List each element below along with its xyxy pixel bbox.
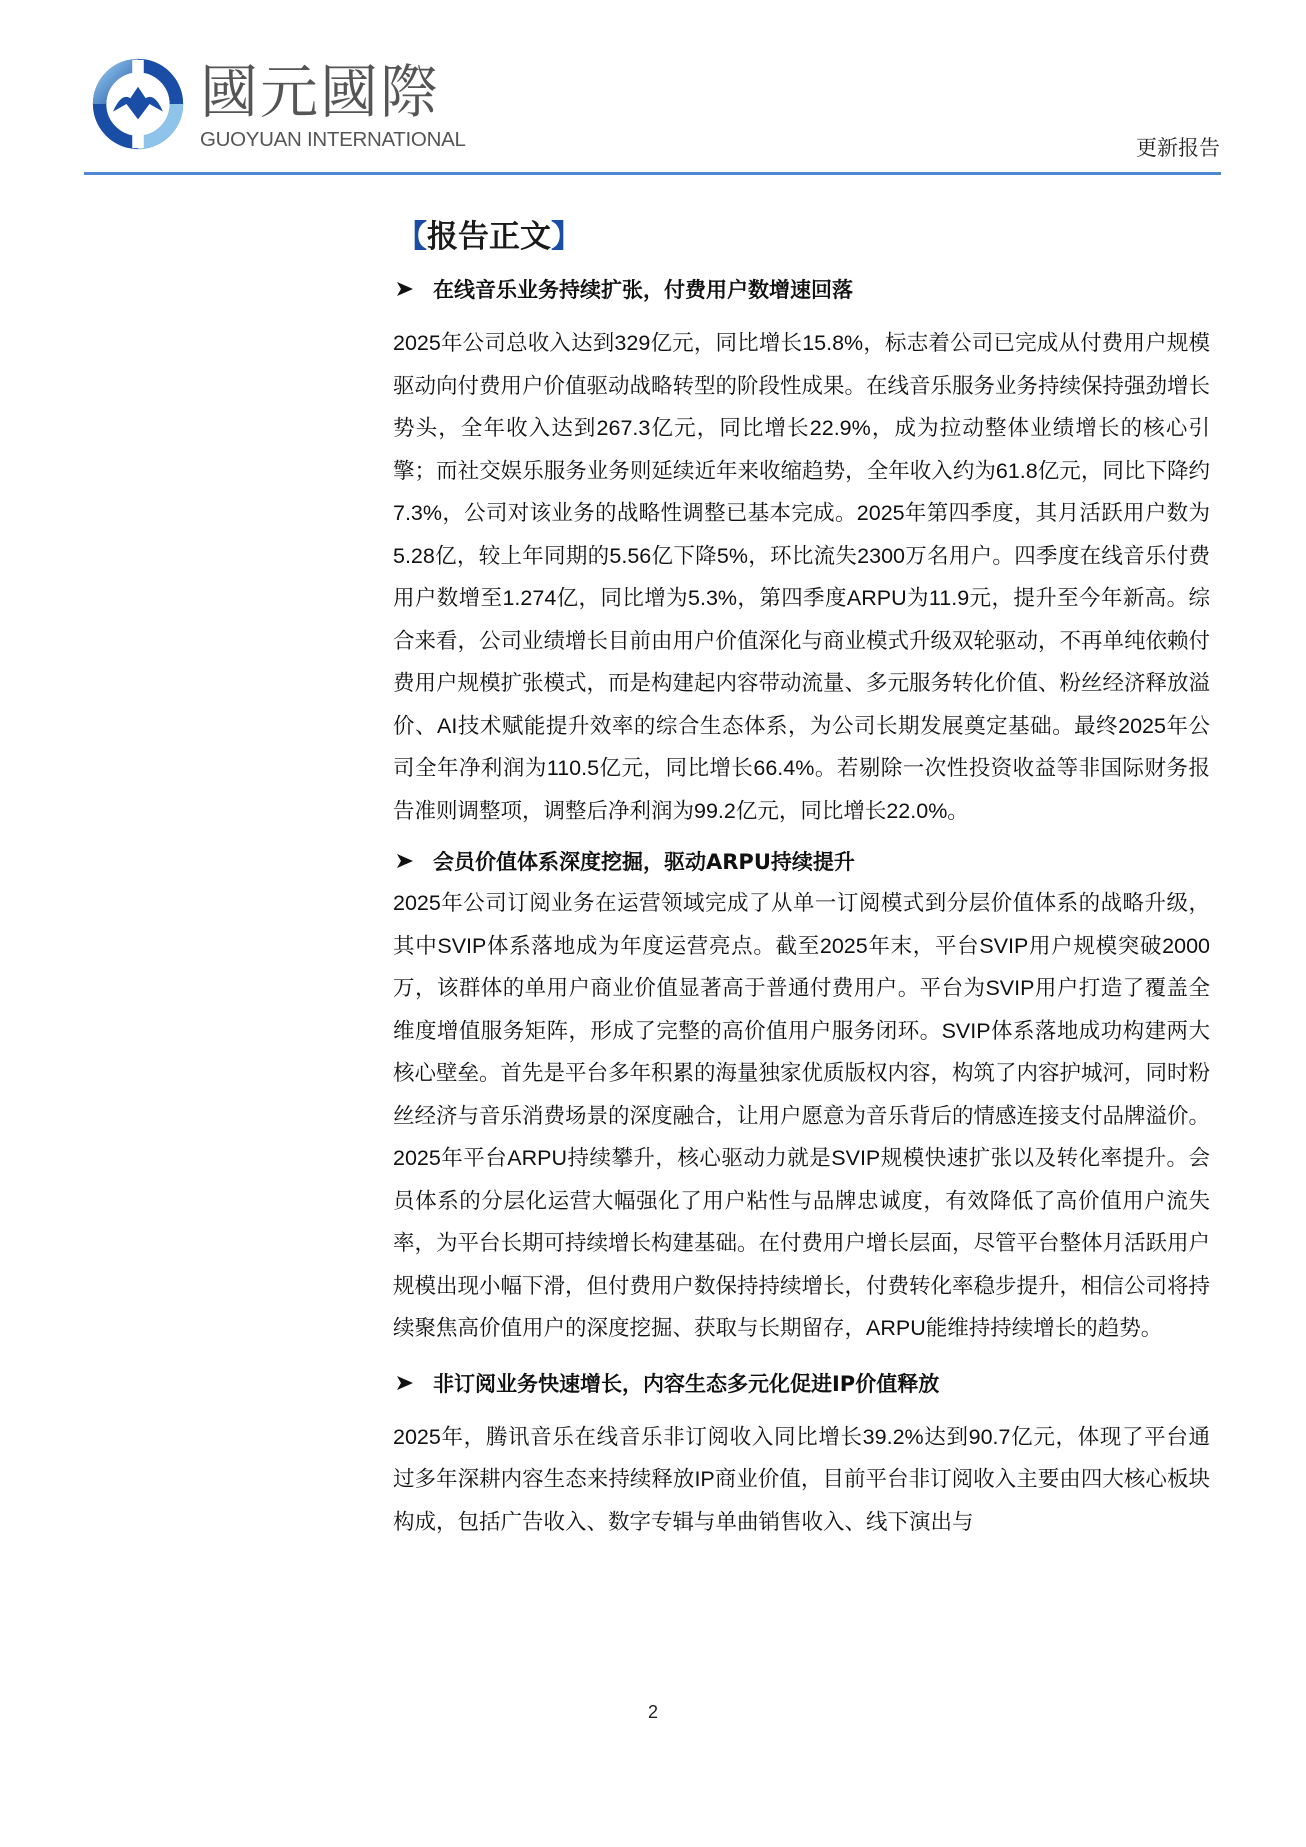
paragraph: 2025年，腾讯音乐在线音乐非订阅收入同比增长39.2%达到90.7亿元，体现了… bbox=[393, 1416, 1210, 1544]
section-heading: 在线音乐业务持续扩张，付费用户数增速回落 bbox=[393, 268, 1210, 310]
logo-english-name: GUOYUAN INTERNATIONAL bbox=[200, 128, 466, 152]
arrow-bullet-icon bbox=[393, 279, 433, 299]
report-section-title: 【报告正文】 bbox=[396, 212, 1210, 262]
header-divider bbox=[84, 172, 1221, 175]
arrow-bullet-icon bbox=[393, 1373, 433, 1393]
page-number: 2 bbox=[0, 1702, 1306, 1723]
section-2: 会员价值体系深度挖掘，驱动ARPU持续提升 2025年公司订阅业务在运营领域完成… bbox=[393, 840, 1210, 1350]
section-heading-text: 非订阅业务快速增长，内容生态多元化促进IP价值释放 bbox=[433, 1368, 939, 1398]
page-header: 國元國際 GUOYUAN INTERNATIONAL 更新报告 bbox=[0, 0, 1306, 180]
arrow-bullet-icon bbox=[393, 851, 433, 871]
report-type-label: 更新报告 bbox=[1136, 132, 1220, 162]
report-body: 【报告正文】 在线音乐业务持续扩张，付费用户数增速回落 2025年公司总收入达到… bbox=[393, 212, 1210, 1543]
section-heading: 会员价值体系深度挖掘，驱动ARPU持续提升 bbox=[393, 840, 1210, 882]
section-heading: 非订阅业务快速增长，内容生态多元化促进IP价值释放 bbox=[393, 1362, 1210, 1404]
section-heading-text: 在线音乐业务持续扩张，付费用户数增速回落 bbox=[433, 274, 853, 304]
section-1: 在线音乐业务持续扩张，付费用户数增速回落 2025年公司总收入达到329亿元，同… bbox=[393, 268, 1210, 832]
title-bracket-open: 【 bbox=[396, 219, 427, 255]
paragraph: 2025年公司订阅业务在运营领域完成了从单一订阅模式到分层价值体系的战略升级，其… bbox=[393, 882, 1210, 1350]
guoyuan-logo-icon bbox=[90, 56, 186, 152]
paragraph: 2025年公司总收入达到329亿元，同比增长15.8%，标志着公司已完成从付费用… bbox=[393, 322, 1210, 832]
company-logo: 國元國際 GUOYUAN INTERNATIONAL bbox=[90, 56, 470, 156]
section-heading-text: 会员价值体系深度挖掘，驱动ARPU持续提升 bbox=[433, 846, 855, 876]
title-bracket-close: 】 bbox=[551, 219, 582, 255]
title-text: 报告正文 bbox=[427, 219, 551, 255]
section-3: 非订阅业务快速增长，内容生态多元化促进IP价值释放 2025年，腾讯音乐在线音乐… bbox=[393, 1362, 1210, 1544]
logo-chinese-name: 國元國際 bbox=[200, 60, 440, 124]
